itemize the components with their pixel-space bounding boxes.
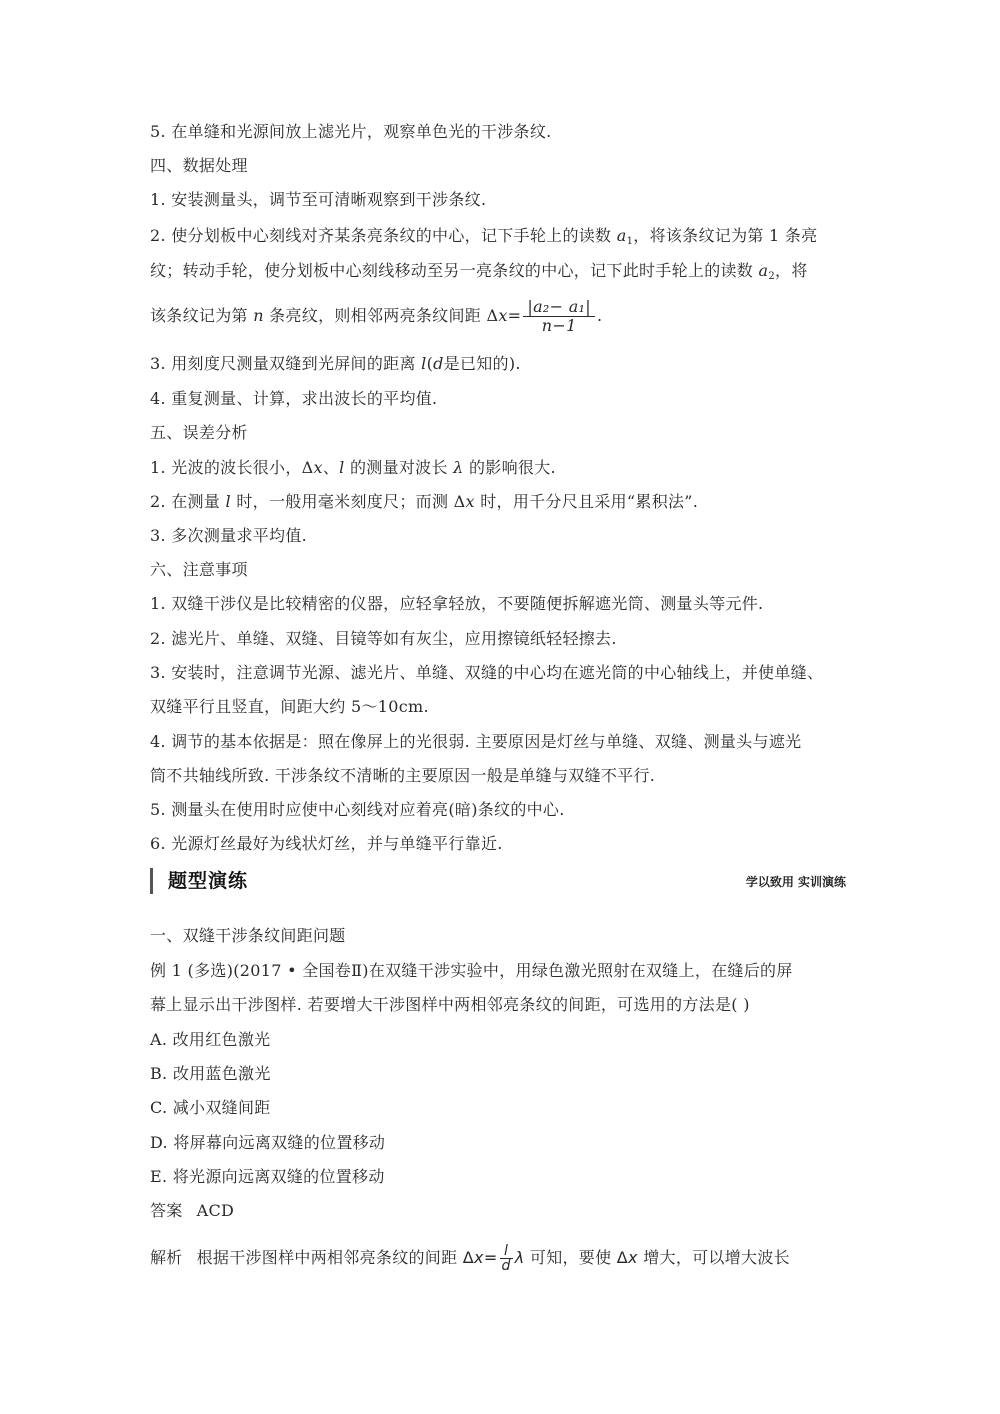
data-item-4: 4. 重复测量、计算，求出波长的平均值. xyxy=(150,389,437,409)
text: 条亮纹，则相邻两亮条纹间距 Δ xyxy=(264,306,499,325)
heading-error-analysis: 五、误差分析 xyxy=(150,423,248,443)
formula-denominator: n−1 xyxy=(523,317,595,335)
heading-problem-type: 一、双缝干涉条纹间距问题 xyxy=(150,926,346,946)
fraction-denominator: d xyxy=(500,1259,513,1273)
heading-data-processing: 四、数据处理 xyxy=(150,156,248,176)
answer-label: 答案 xyxy=(150,1201,183,1220)
section-title: 题型演练 xyxy=(168,868,248,894)
text: 纹；转动手轮，使分划板中心刻线移动至另一亮条纹的中心，记下此时手轮上的读数 xyxy=(150,261,759,280)
analysis-label: 解析 xyxy=(150,1248,183,1267)
data-item-2-line-1: 2. 使分划板中心刻线对齐某条亮条纹的中心，记下手轮上的读数 a1，将该条纹记为… xyxy=(150,226,818,252)
text: 、 xyxy=(323,458,339,477)
precaution-item-2: 2. 滤光片、单缝、双缝、目镜等如有灰尘，应用擦镜纸轻轻擦去. xyxy=(150,629,617,649)
text: ，将该条纹记为第 1 条亮 xyxy=(633,226,817,245)
var-lambda: λ xyxy=(453,458,463,477)
formula-numerator: |a₂− a₁| xyxy=(523,298,595,317)
error-item-3: 3. 多次测量求平均值. xyxy=(150,526,307,546)
var: a xyxy=(617,226,627,245)
var: a xyxy=(759,261,769,280)
precaution-item-1: 1. 双缝干涉仪是比较精密的仪器，应轻拿轻放，不要随便拆解遮光筒、测量头等元件. xyxy=(150,594,763,614)
var-x: x xyxy=(628,1248,638,1267)
precaution-item-6: 6. 光源灯丝最好为线状灯丝，并与单缝平行靠近. xyxy=(150,834,503,854)
precaution-item-4-line-1: 4. 调节的基本依据是：照在像屏上的光很弱. 主要原因是灯丝与单缝、双缝、测量头… xyxy=(150,732,801,752)
precaution-item-3-line-2: 双缝平行且竖直，间距大约 5～10cm. xyxy=(150,697,429,717)
var-x: x xyxy=(498,306,507,325)
text: 2. 在测量 xyxy=(150,492,226,511)
option-e: E. 将光源向远离双缝的位置移动 xyxy=(150,1167,385,1187)
var-a1: a1 xyxy=(617,226,634,245)
text: 的测量对波长 xyxy=(345,458,454,477)
error-item-2: 2. 在测量 l 时，一般用毫米刻度尺；而测 Δx 时，用千分尺且采用“累积法”… xyxy=(150,492,698,512)
var-lambda: λ xyxy=(515,1248,525,1267)
var-x: x xyxy=(474,1248,484,1267)
text: ，将 xyxy=(775,261,808,280)
data-item-1: 1. 安装测量头，调节至可清晰观察到干涉条纹. xyxy=(150,190,486,210)
answer: 答案ACD xyxy=(150,1201,234,1221)
var-a2: a2 xyxy=(759,261,776,280)
text: 是已知的). xyxy=(444,354,521,373)
text: 2. 使分划板中心刻线对齐某条亮条纹的中心，记下手轮上的读数 xyxy=(150,226,617,245)
var-x: x xyxy=(314,458,323,477)
section-subtitle: 学以致用 实训演练 xyxy=(746,873,846,891)
precaution-item-5: 5. 测量头在使用时应使中心刻线对应着亮(暗)条纹的中心. xyxy=(150,800,565,820)
var-x: x xyxy=(466,492,475,511)
fringe-spacing-formula: |a₂− a₁|n−1 xyxy=(523,298,595,335)
option-d: D. 将屏幕向远离双缝的位置移动 xyxy=(150,1133,385,1153)
text: 1. 光波的波长很小，Δ xyxy=(150,458,314,477)
equals: = xyxy=(508,306,522,325)
example-1-line-1: 例 1 (多选)(2017 • 全国卷Ⅱ)在双缝干涉实验中，用绿色激光照射在双缝… xyxy=(150,961,793,981)
option-c: C. 减小双缝间距 xyxy=(150,1098,271,1118)
step-5: 5. 在单缝和光源间放上滤光片，观察单色光的干涉条纹. xyxy=(150,122,552,142)
var-d: d xyxy=(433,354,444,373)
text: 时，用千分尺且采用“累积法”. xyxy=(475,492,698,511)
var-n: n xyxy=(253,306,264,325)
text: 时，一般用毫米刻度尺；而测 Δ xyxy=(231,492,466,511)
text: 3. 用刻度尺测量双缝到光屏间的距离 xyxy=(150,354,421,373)
heading-precautions: 六、注意事项 xyxy=(150,560,248,580)
option-b: B. 改用蓝色激光 xyxy=(150,1064,271,1084)
precaution-item-3-line-1: 3. 安装时，注意调节光源、滤光片、单缝、双缝的中心均在遮光筒的中心轴线上，并使… xyxy=(150,663,823,683)
data-item-2-line-2: 纹；转动手轮，使分划板中心刻线移动至另一亮条纹的中心，记下此时手轮上的读数 a2… xyxy=(150,261,808,287)
subscript: 2 xyxy=(768,271,775,282)
text: 该条纹记为第 xyxy=(150,306,253,325)
example-1-line-2: 幕上显示出干涉图样. 若要增大干涉图样中两相邻亮条纹的间距，可选用的方法是( ) xyxy=(150,995,750,1015)
error-item-1: 1. 光波的波长很小，Δx、l 的测量对波长 λ 的影响很大. xyxy=(150,458,556,478)
text: 根据干涉图样中两相邻亮条纹的间距 Δ xyxy=(197,1248,474,1267)
section-accent-bar xyxy=(150,868,153,894)
fraction-l-over-d: ld xyxy=(500,1244,513,1273)
text: 的影响很大. xyxy=(464,458,556,477)
option-a: A. 改用红色激光 xyxy=(150,1030,270,1050)
equals: = xyxy=(484,1248,498,1267)
analysis: 解析根据干涉图样中两相邻亮条纹的间距 Δx=ldλ 可知，要使 Δx 增大，可以… xyxy=(150,1240,790,1276)
text: 可知，要使 Δ xyxy=(525,1248,629,1267)
fraction-numerator: l xyxy=(500,1244,513,1259)
data-item-3: 3. 用刻度尺测量双缝到光屏间的距离 l(d是已知的). xyxy=(150,354,521,374)
data-item-2-line-3: 该条纹记为第 n 条亮纹，则相邻两亮条纹间距 Δx=|a₂− a₁|n−1. xyxy=(150,296,602,336)
answer-value: ACD xyxy=(197,1201,235,1220)
text: . xyxy=(597,306,602,325)
precaution-item-4-line-2: 筒不共轴线所致. 干涉条纹不清晰的主要原因一般是单缝与双缝不平行. xyxy=(150,766,655,786)
text: 增大，可以增大波长 xyxy=(638,1248,790,1267)
